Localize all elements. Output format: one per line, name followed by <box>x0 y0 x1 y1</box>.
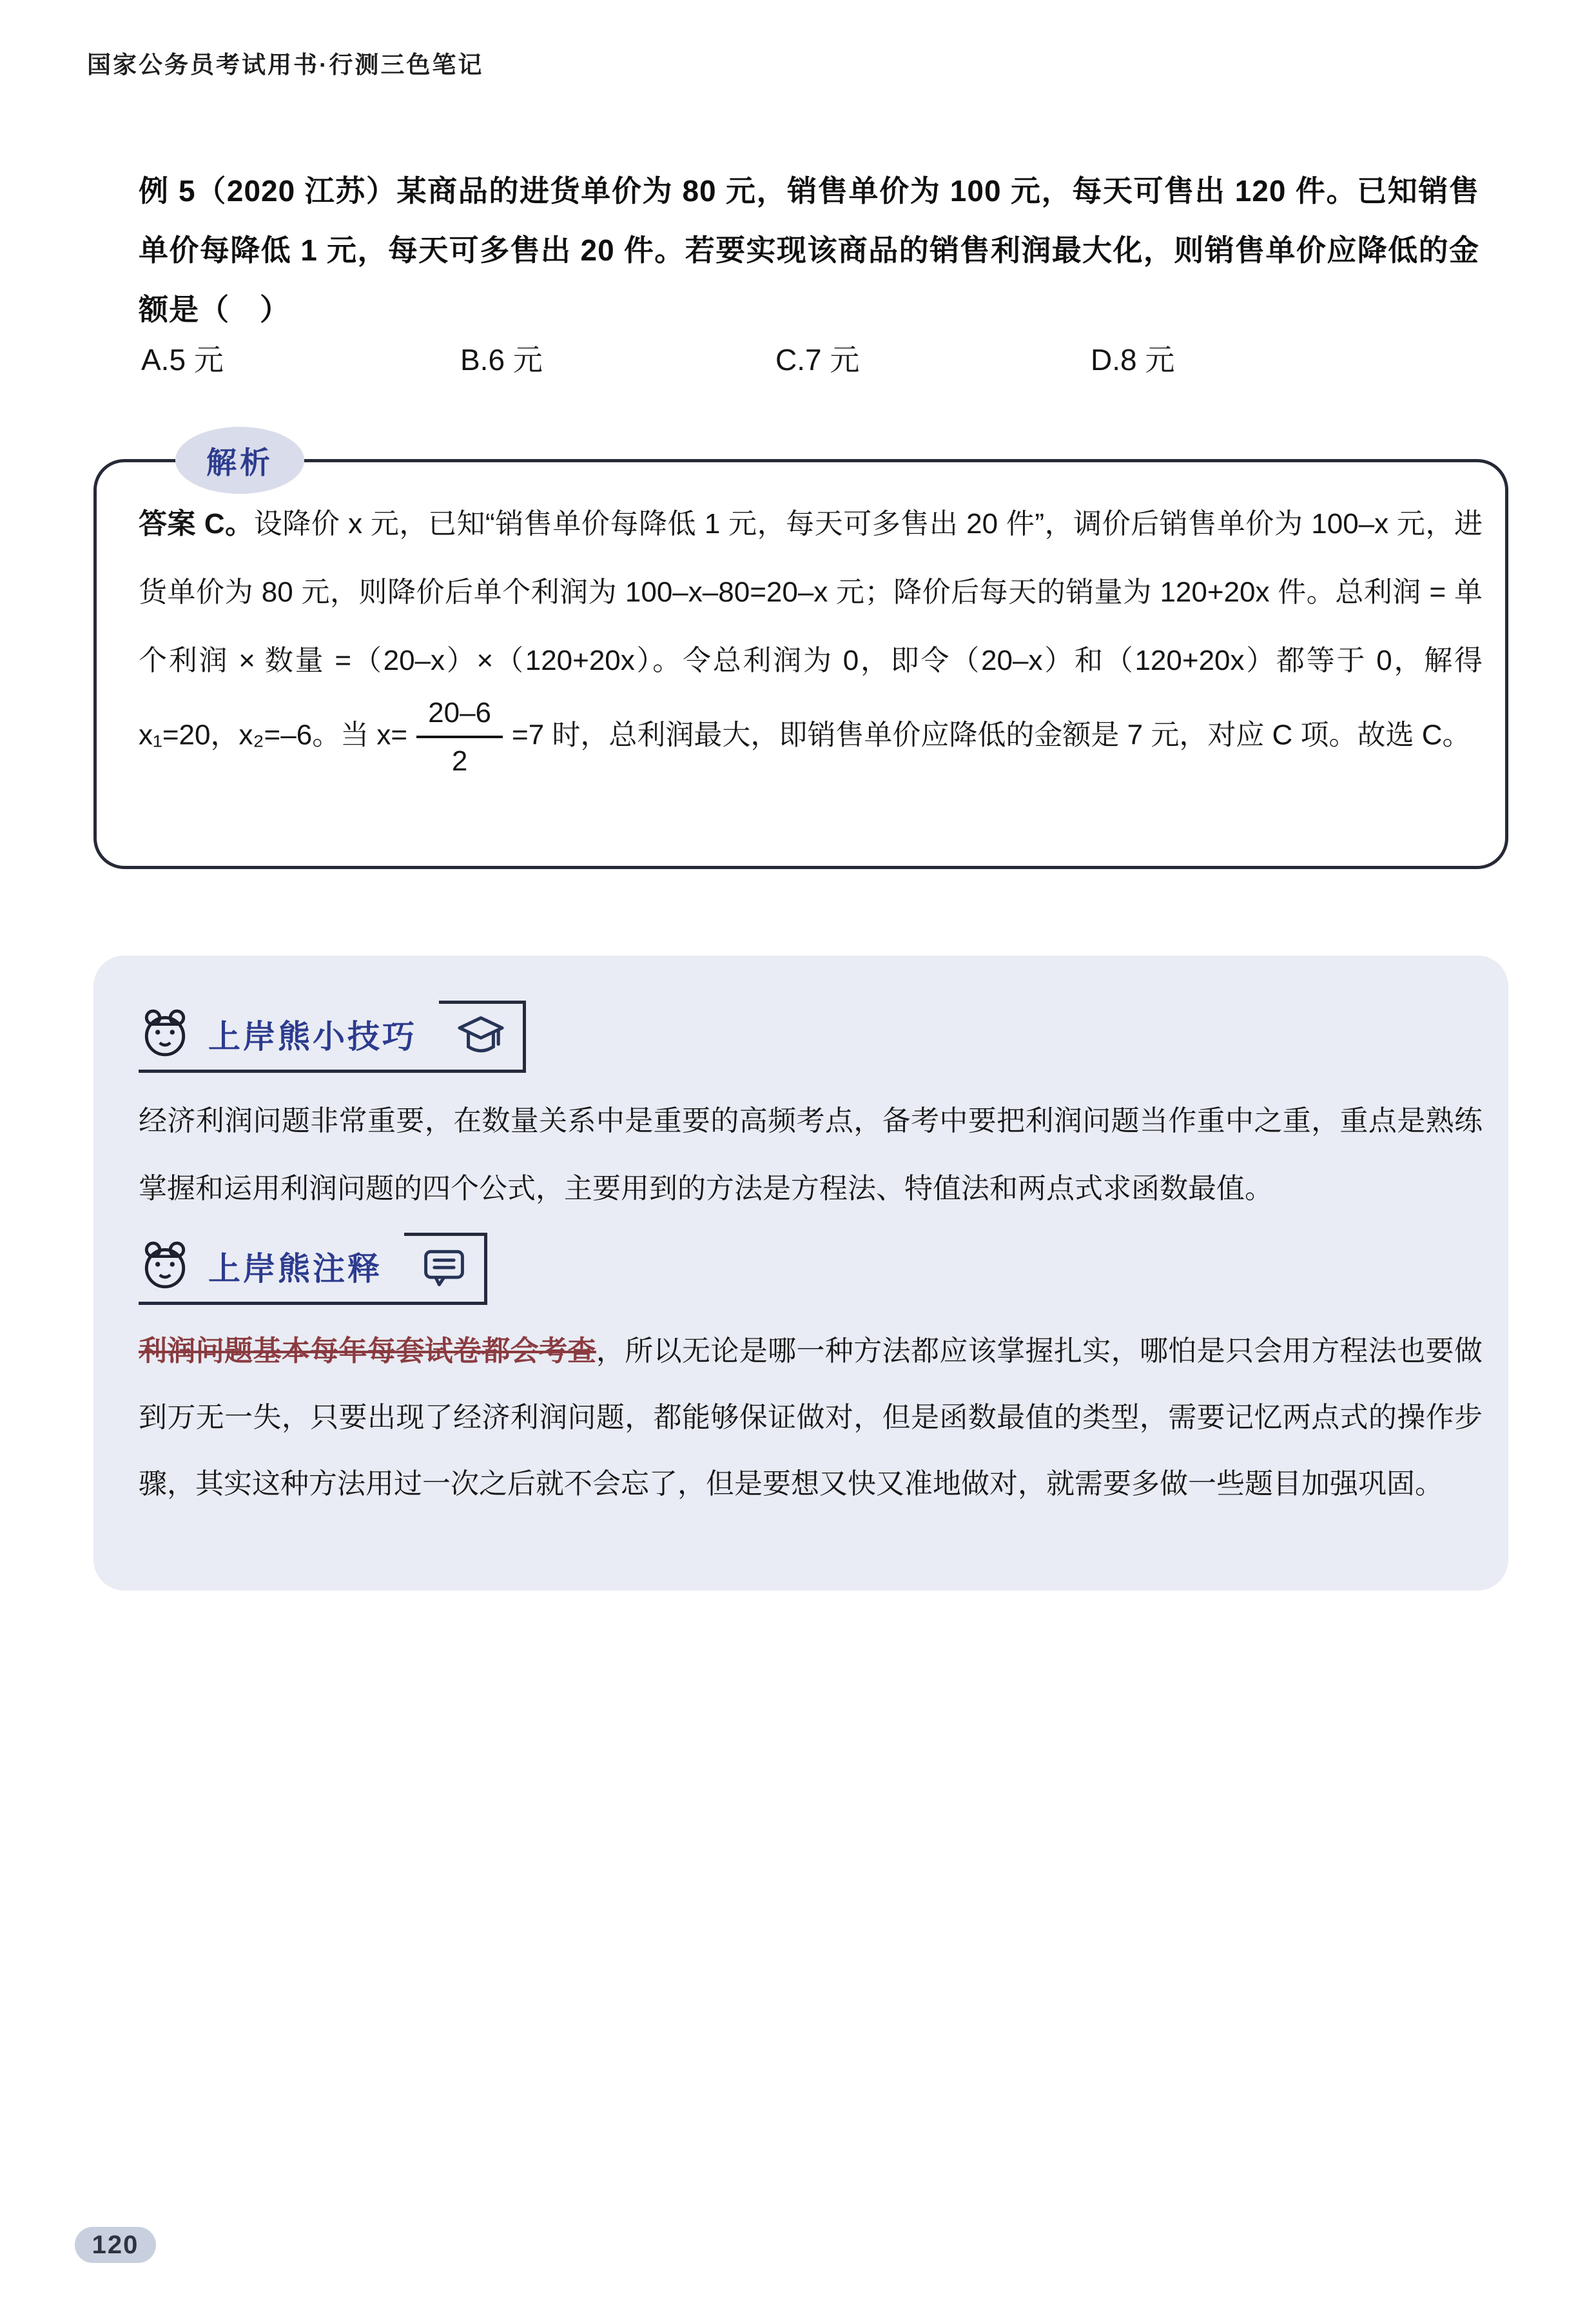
notes-highlighted-phrase: 利润问题基本每年每套试卷都会考查 <box>139 1335 596 1367</box>
book-page: 国家公务员考试用书·行测三色笔记 例 5（2020 江苏）某商品的进货单价为 8… <box>0 0 1596 2321</box>
tips-icon-box <box>439 1001 526 1070</box>
notes-title: 上岸熊注释 <box>208 1243 382 1289</box>
fraction-numerator: 20–6 <box>416 695 503 738</box>
analysis-text: 答案 C。设降价 x 元，已知“销售单价每降低 1 元，每天可多售出 20 件”… <box>139 490 1483 779</box>
answer-label: 答案 C。 <box>139 508 254 540</box>
option-b: B.6 元 <box>460 330 775 389</box>
tips-body: 经济利润问题非常重要，在数量关系中是重要的高频考点，备考中要把利润问题当作重中之… <box>139 1087 1483 1222</box>
analysis-badge: 解析 <box>175 427 304 494</box>
analysis-body-after-fraction: =7 时，总利润最大，即销售单价应降低的金额是 7 元，对应 C 项。故选 C。 <box>512 720 1471 751</box>
tips-header-left: 上岸熊小技巧 <box>139 1001 439 1070</box>
notes-header: 上岸熊注释 <box>139 1233 487 1305</box>
page-number: 120 <box>75 2227 156 2263</box>
running-head-title: 国家公务员考试用书·行测三色笔记 <box>87 45 483 80</box>
notes-icon-box <box>404 1233 487 1302</box>
fraction: 20–62 <box>416 695 503 779</box>
notes-header-left: 上岸熊注释 <box>139 1233 404 1302</box>
bear-icon <box>139 1006 191 1062</box>
speech-bubble-icon <box>421 1246 467 1292</box>
graduation-cap-icon <box>456 1014 506 1060</box>
tips-title: 上岸熊小技巧 <box>208 1011 417 1057</box>
option-c: C.7 元 <box>775 330 1091 389</box>
fraction-denominator: 2 <box>416 738 503 779</box>
tips-header: 上岸熊小技巧 <box>139 1001 526 1073</box>
notes-body: 利润问题基本每年每套试卷都会考查，所以无论是哪一种方法都应该掌握扎实，哪怕是只会… <box>139 1318 1483 1517</box>
problem-stem: 例 5（2020 江苏）某商品的进货单价为 80 元，销售单价为 100 元，每… <box>139 161 1479 339</box>
option-d: D.8 元 <box>1091 330 1495 389</box>
option-a: A.5 元 <box>141 330 460 389</box>
analysis-body-before-fraction: 设降价 x 元，已知“销售单价每降低 1 元，每天可多售出 20 件”，调价后销… <box>139 508 1483 751</box>
bear-icon <box>139 1238 191 1294</box>
options-row: A.5 元 B.6 元 C.7 元 D.8 元 <box>141 330 1495 389</box>
